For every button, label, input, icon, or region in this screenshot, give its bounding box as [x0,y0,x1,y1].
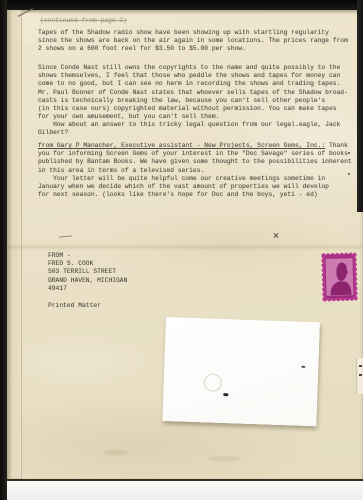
screen-gems-letter: from Gary P Manacher, Executive assistan… [38,142,352,199]
paper-scrap-right-edge [356,358,363,394]
underlying-white-page [6,481,363,500]
zine-page: (continued from page 2) Tapes of the Sha… [7,10,363,483]
fold-crease [7,244,363,250]
paper-speck [348,152,350,154]
lincoln-postage-stamp-icon [320,252,358,303]
scrap-mark [359,365,362,367]
paper-smudge [207,456,241,461]
photo-left-border [0,0,7,500]
letter-from-line: from Gary P Manacher, Executive assistan… [38,142,325,149]
white-card-overlay [162,317,320,426]
paper-speck [348,173,350,175]
scrap-mark [359,374,362,376]
pen-dash-mark [59,235,72,237]
continuation-note: (continued from page 2) [40,17,127,25]
letter-body: Thank you for informing Screen Gems of y… [38,142,352,198]
stamp-graphic [320,252,358,303]
ink-speck [301,366,305,368]
paper-smudge [103,450,129,455]
paragraph-legal-question: How about an answer to this tricky legal… [38,121,340,137]
photo-right-border [357,0,363,212]
paragraph-shadow-tapes: Tapes of the Shadow radio show have been… [38,29,348,54]
return-address-block: FROM - FRED S. COOK 503 TERRILL STREET G… [48,252,127,293]
printed-matter-label: Printed Matter [48,302,101,310]
scanned-letter-page-photo: (continued from page 2) Tapes of the Sha… [0,0,363,500]
paragraph-conde-nast-copyright: Since Conde Nast still owns the copyrigh… [38,64,348,121]
ink-speck [223,393,228,396]
faint-ring-mark [203,373,222,392]
pen-x-mark [273,232,279,238]
